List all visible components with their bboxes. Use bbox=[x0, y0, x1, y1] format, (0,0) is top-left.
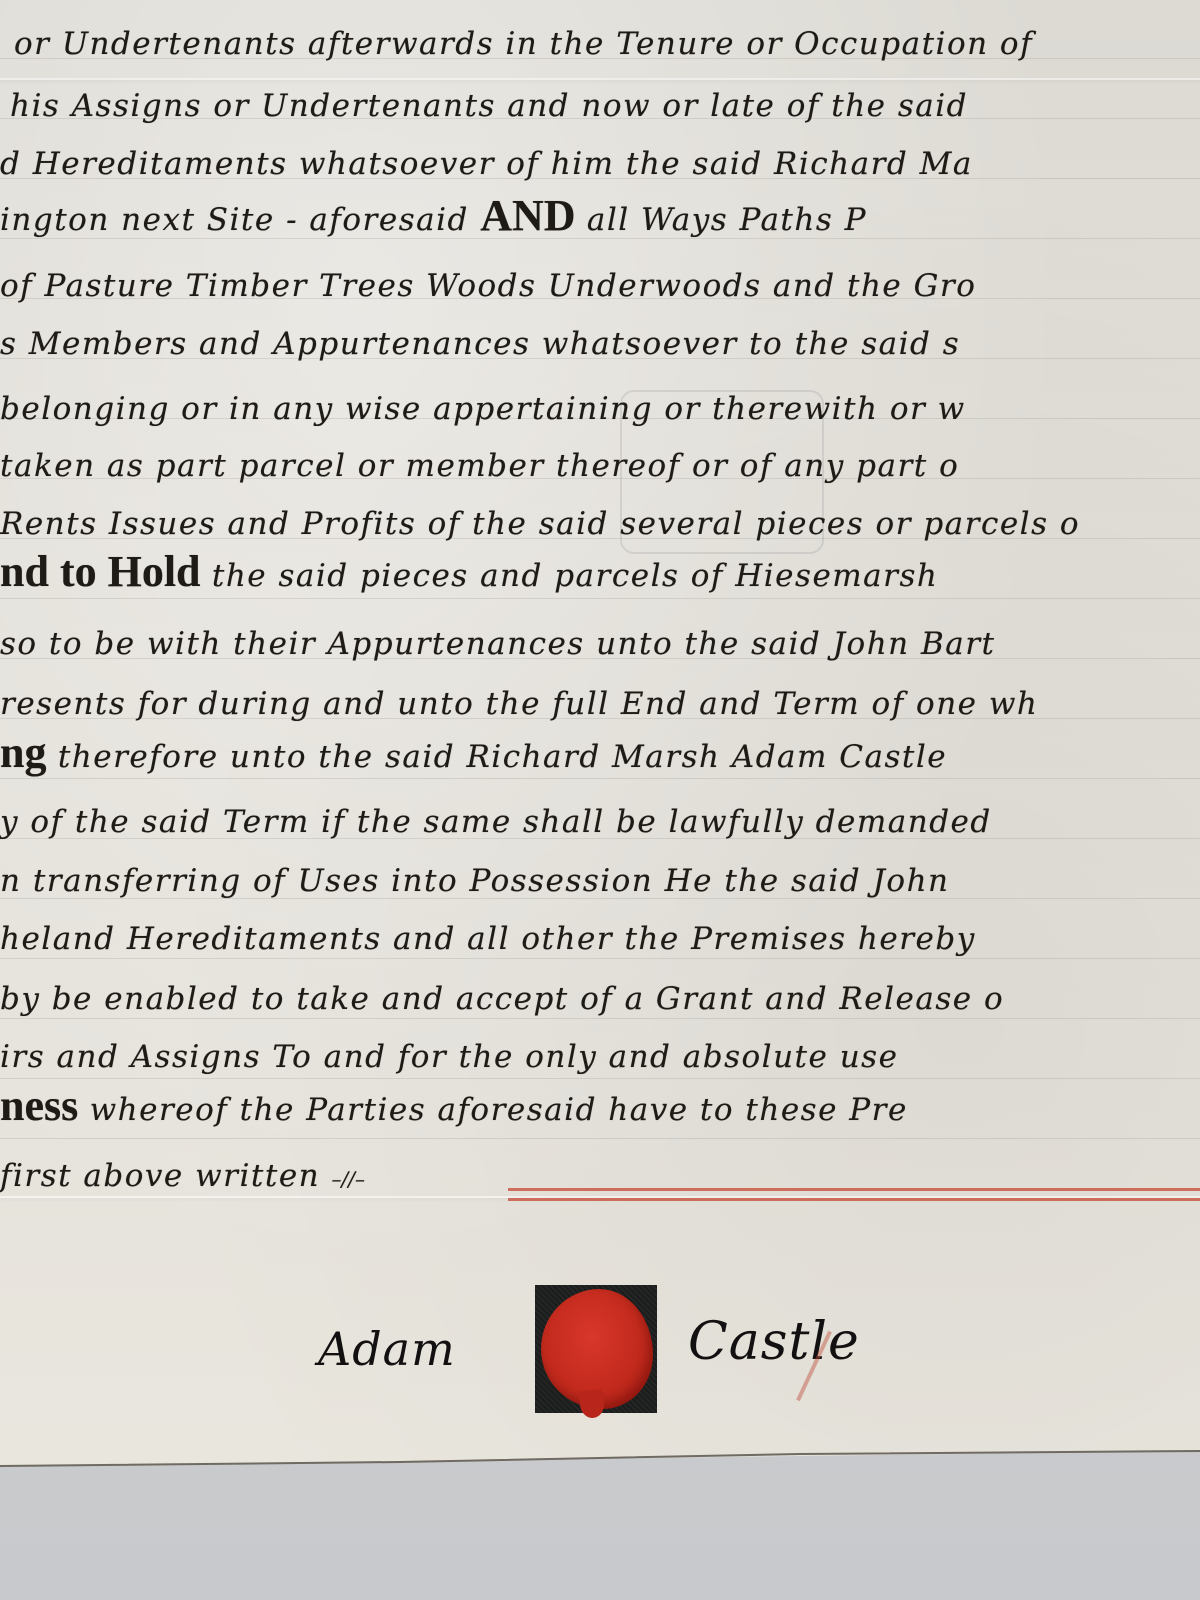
fold-crease bbox=[0, 78, 1200, 80]
red-ink-rule bbox=[508, 1198, 1200, 1201]
deed-line: his Assigns or Undertenants and now or l… bbox=[10, 82, 968, 126]
deed-line: d Hereditaments whatsoever of him the sa… bbox=[0, 140, 973, 184]
deed-line: irs and Assigns To and for the only and … bbox=[0, 1033, 898, 1077]
deed-line: nd to Hold the said pieces and parcels o… bbox=[0, 552, 938, 596]
deed-line: n transferring of Uses into Possession H… bbox=[0, 857, 950, 901]
deed-line: belonging or in any wise appertaining or… bbox=[0, 385, 966, 429]
emphasis-yielding: ng bbox=[0, 728, 46, 777]
deed-line-closing: first above written –∕∕– bbox=[0, 1152, 365, 1199]
emphasis-to-hold: nd to Hold bbox=[0, 547, 201, 596]
deed-line: of Pasture Timber Trees Woods Underwoods… bbox=[0, 262, 976, 306]
deed-line: s Members and Appurtenances whatsoever t… bbox=[0, 320, 960, 364]
ruled-line bbox=[0, 1078, 1200, 1079]
deed-line: so to be with their Appurtenances unto t… bbox=[0, 620, 996, 664]
ruled-line bbox=[0, 778, 1200, 779]
ruled-line bbox=[0, 1138, 1200, 1139]
signature-last-name: Castle bbox=[688, 1312, 860, 1372]
deed-line: ington next Site - aforesaid AND all Way… bbox=[0, 196, 867, 240]
emphasis-and: AND bbox=[480, 191, 575, 240]
deed-line: or Undertenants afterwards in the Tenure… bbox=[14, 20, 1033, 64]
deed-line: y of the said Term if the same shall be … bbox=[0, 798, 992, 842]
deed-line: by be enabled to take and accept of a Gr… bbox=[0, 975, 1004, 1019]
deed-line: Rents Issues and Profits of the said sev… bbox=[0, 500, 1080, 544]
deed-line: ng therefore unto the said Richard Marsh… bbox=[0, 733, 947, 777]
deed-line: ness whereof the Parties aforesaid have … bbox=[0, 1086, 908, 1130]
deed-line: taken as part parcel or member thereof o… bbox=[0, 442, 959, 486]
ruled-line bbox=[0, 598, 1200, 599]
deed-line: heland Hereditaments and all other the P… bbox=[0, 915, 976, 959]
red-ink-rule bbox=[508, 1188, 1200, 1191]
emphasis-witness: ness bbox=[0, 1081, 78, 1130]
signature-first-name: Adam bbox=[318, 1322, 456, 1376]
deed-line: resents for during and unto the full End… bbox=[0, 680, 1038, 724]
